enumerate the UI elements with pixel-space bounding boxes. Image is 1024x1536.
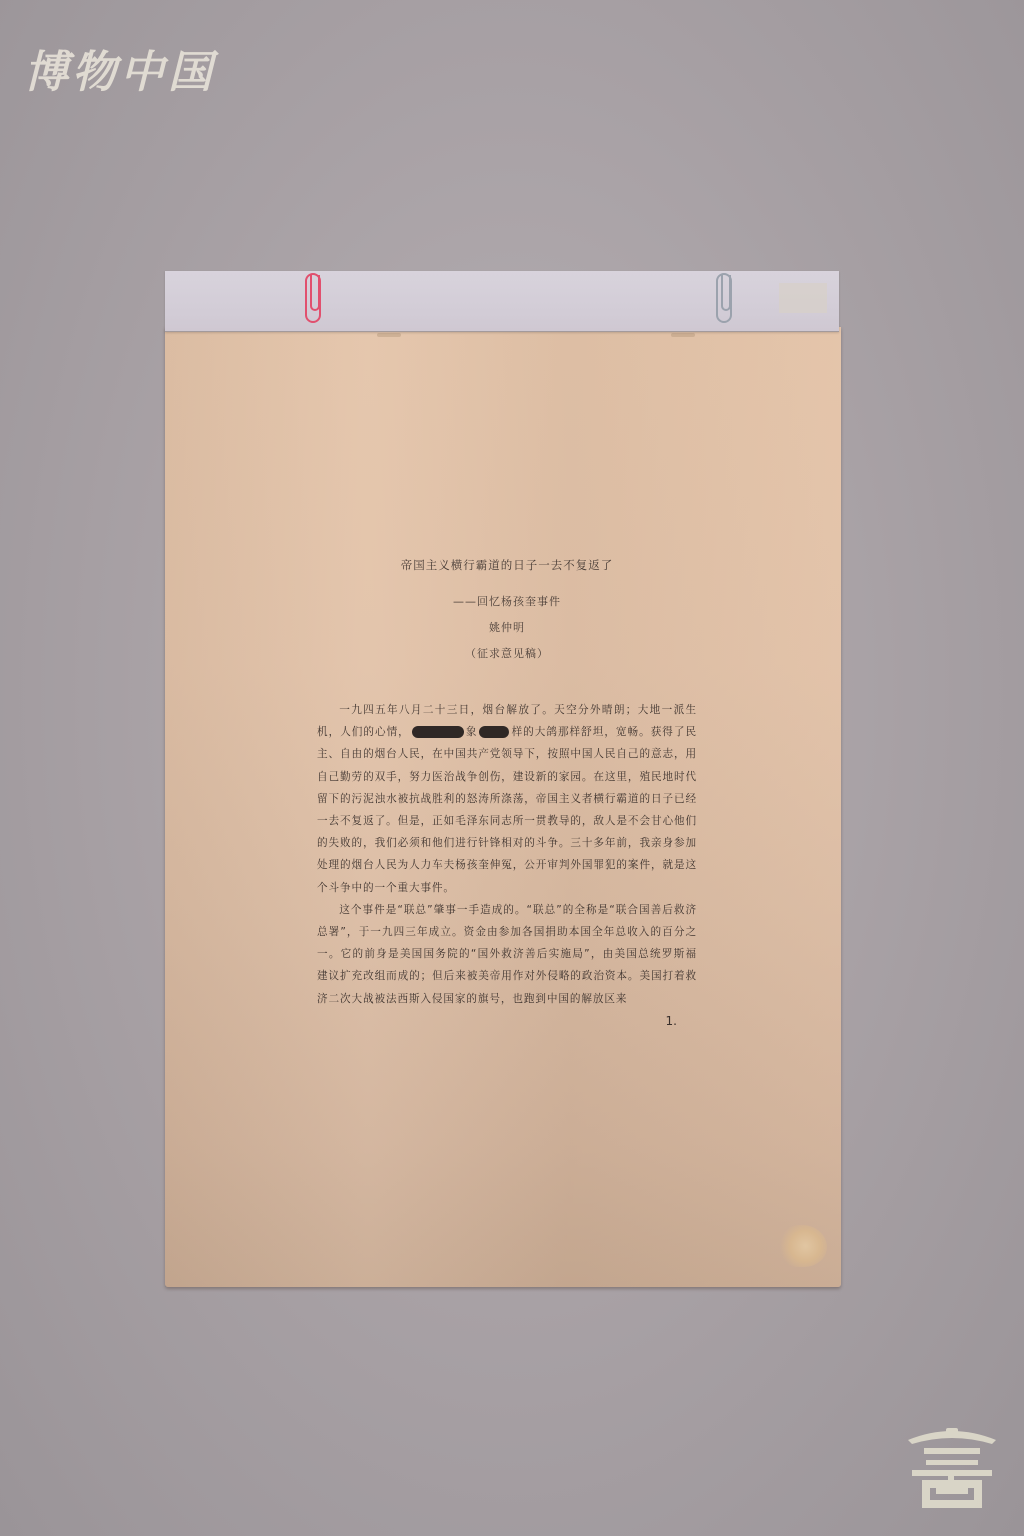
paragraph-1-end: 样的大鸽那样舒坦，宽畅。获得了民主、自由的烟台人民，在中国共产党领导下，按照中国… <box>317 726 697 893</box>
watermark-brand-text: 博物中国 <box>24 36 216 100</box>
document-title: 帝国主义横行霸道的日子一去不复返了 <box>317 557 697 573</box>
fold-mark <box>671 333 695 337</box>
document-draft-note: （征求意见稿） <box>317 645 697 661</box>
paragraph-2: 这个事件是“联总”肇事一手造成的。“联总”的全称是“联合国善后救济总署”，于一九… <box>317 899 697 1010</box>
redaction-mark <box>479 726 509 738</box>
document-page: 帝国主义横行霸道的日子一去不复返了 ——回忆杨孩奎事件 姚仲明 （征求意见稿） … <box>165 327 841 1287</box>
silver-paperclip-icon <box>716 273 732 323</box>
water-stain <box>779 1225 827 1267</box>
document-subtitle: ——回忆杨孩奎事件 <box>317 593 697 609</box>
redaction-mark <box>412 726 464 738</box>
pink-paperclip-icon <box>305 273 321 323</box>
paragraph-1: 一九四五年八月二十三日，烟台解放了。天空分外晴朗；大地一派生机，人们的心情，象样… <box>317 699 697 899</box>
museum-pavilion-logo-icon <box>904 1426 1000 1512</box>
paragraph-1-mid: 象 <box>466 726 478 738</box>
page-number: 1. <box>317 1014 697 1028</box>
fold-mark <box>377 333 401 337</box>
document-body: 帝国主义横行霸道的日子一去不复返了 ——回忆杨孩奎事件 姚仲明 （征求意见稿） … <box>317 557 697 1028</box>
document-stack: 帝国主义横行霸道的日子一去不复返了 ——回忆杨孩奎事件 姚仲明 （征求意见稿） … <box>165 271 839 1289</box>
document-author: 姚仲明 <box>317 619 697 635</box>
top-cover-sheet <box>165 271 839 332</box>
label-patch <box>779 283 827 313</box>
